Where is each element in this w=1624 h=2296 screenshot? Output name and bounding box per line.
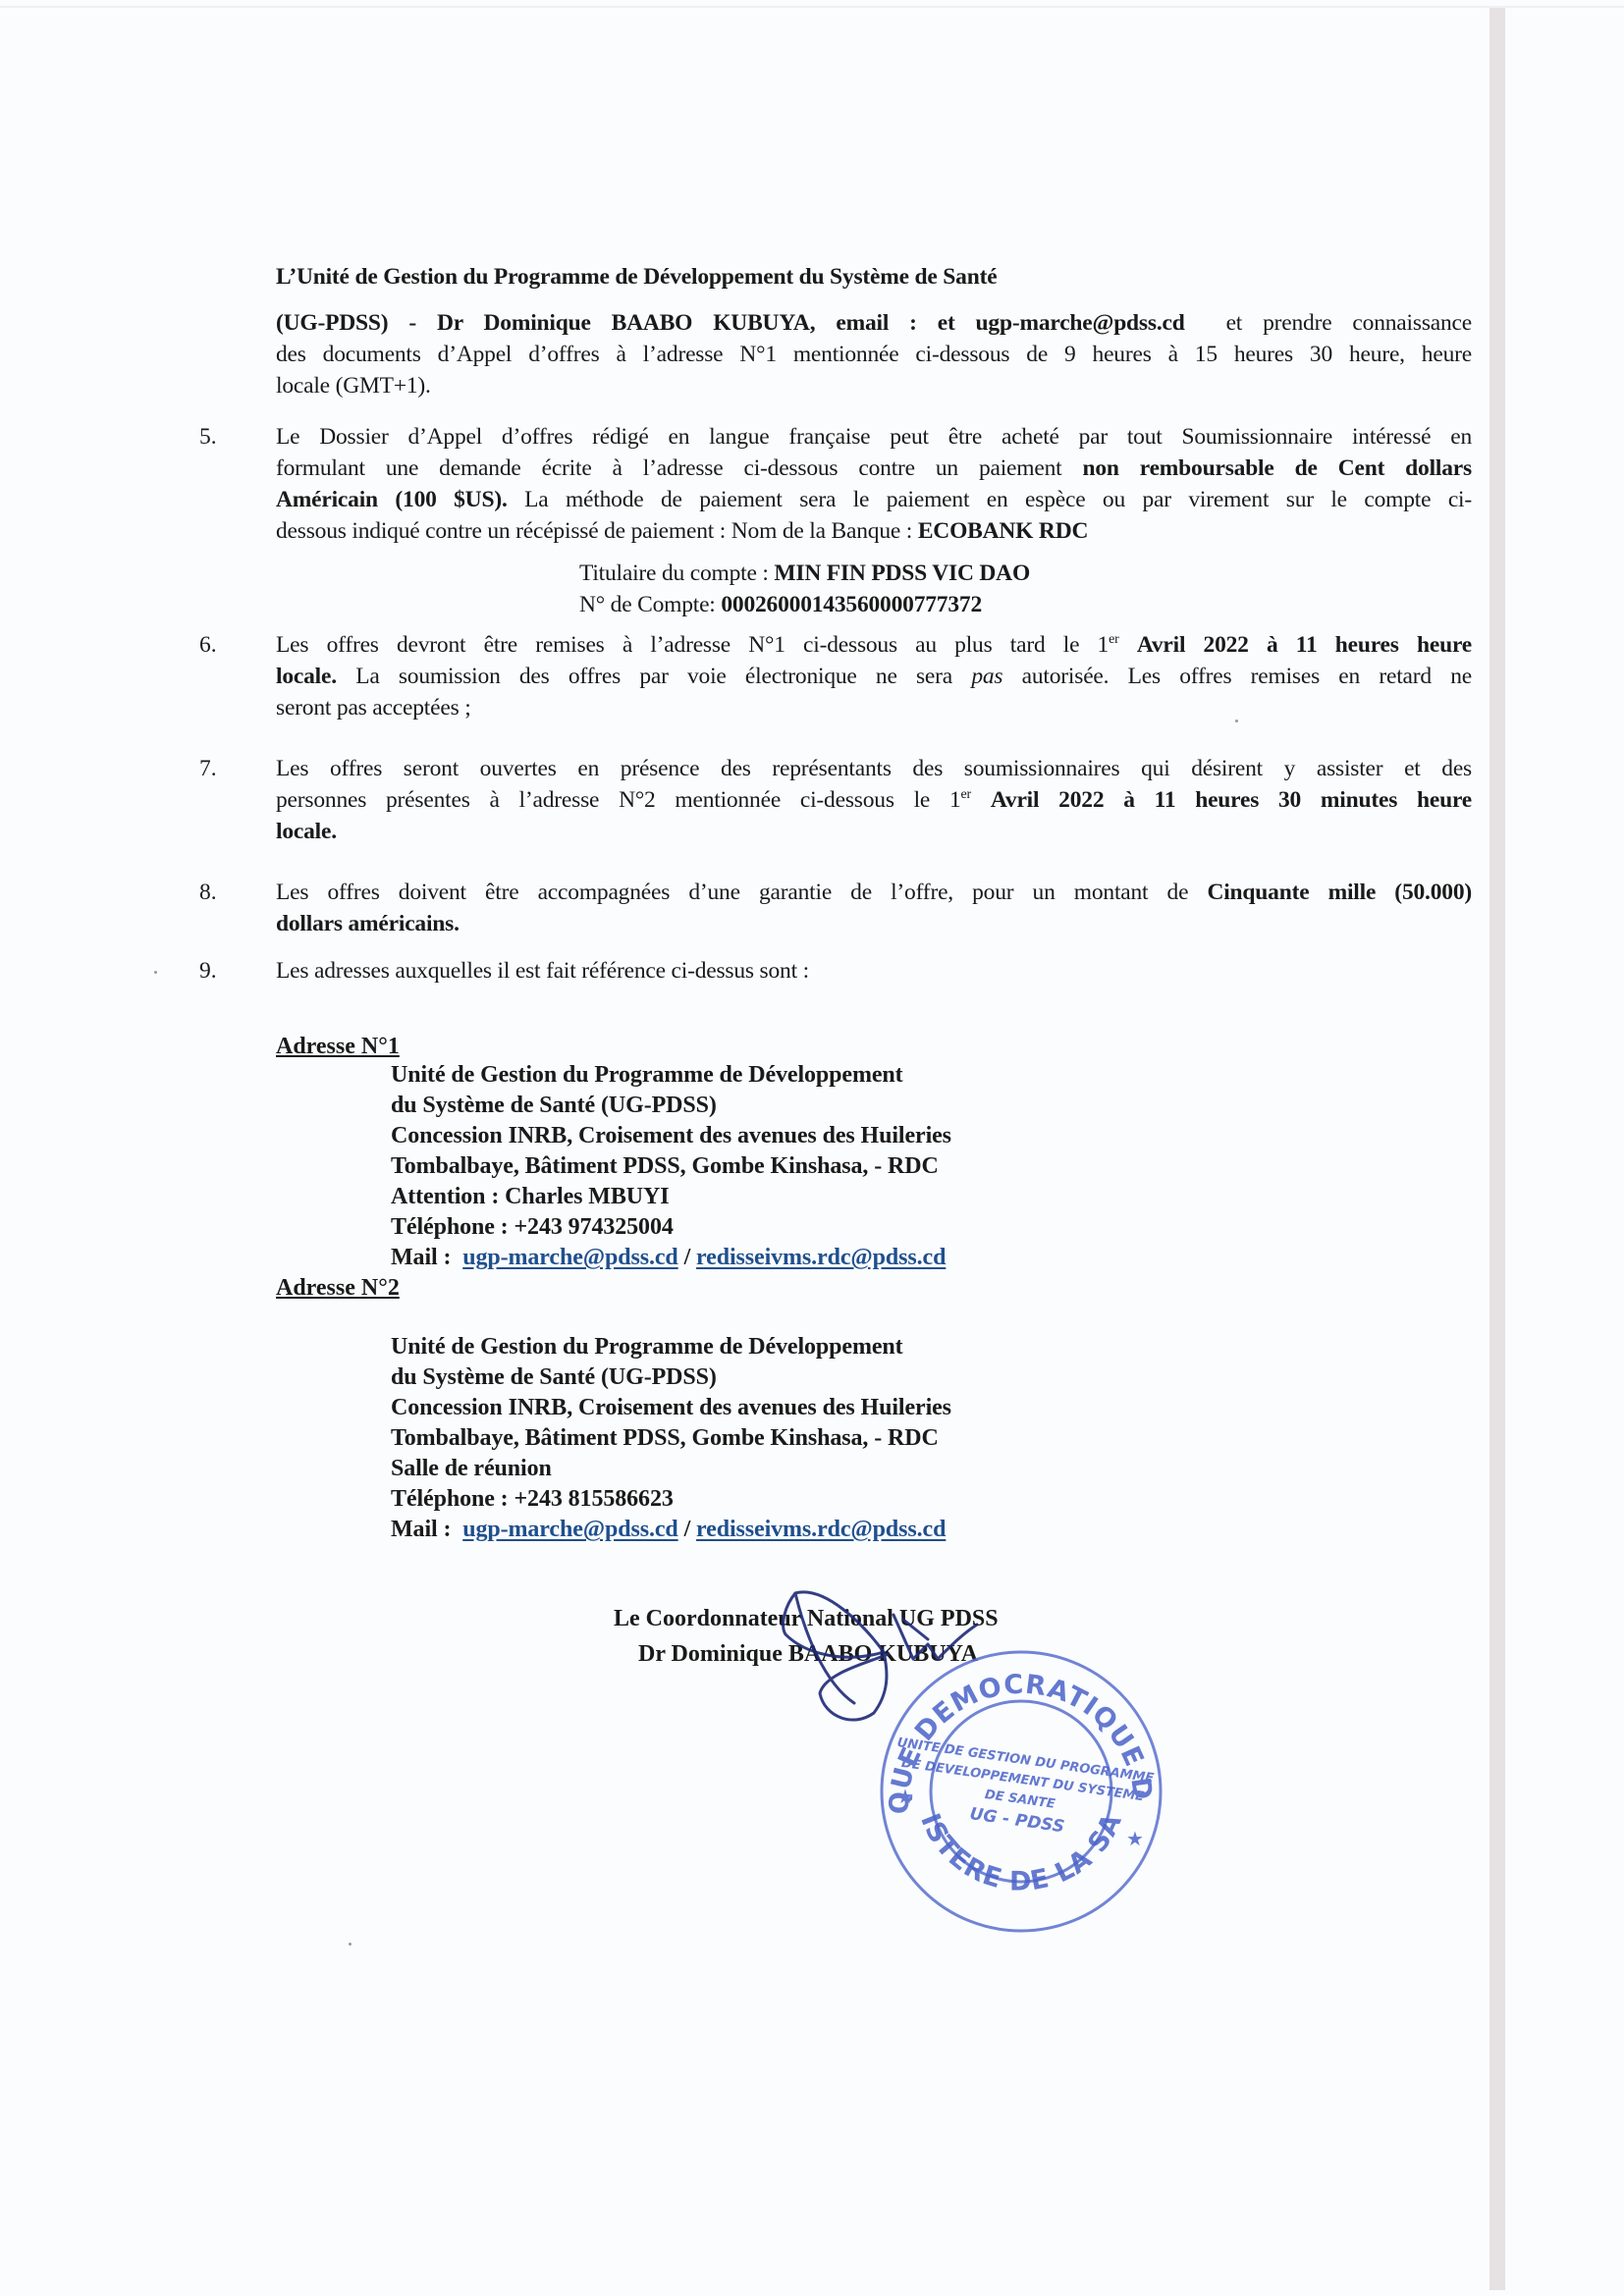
item-8-line-2: dollars américains. [276,908,460,939]
email-link[interactable]: ugp-marche@pdss.cd [462,1517,677,1542]
item-5-line-3: Américain (100 $US). La méthode de paiem… [276,484,1472,515]
item-5-line-4: dessous indiqué contre un récépissé de p… [276,515,1088,547]
address-line: Tombalbaye, Bâtiment PDSS, Gombe Kinshas… [391,1151,939,1182]
item-5-line-2: formulant une demande écrite à l’adresse… [276,453,1472,484]
email-link[interactable]: redisseivms.rdc@pdss.cd [696,1517,946,1542]
item-8-line-1: Les offres doivent être accompagnées d’u… [276,877,1472,908]
item-7-line-2: personnes présentes à l’adresse N°2 ment… [276,784,1472,816]
intro-line-3: des documents d’Appel d’offres à l’adres… [276,339,1472,370]
item-number: 9. [199,955,217,987]
address-line: Salle de réunion [391,1454,552,1484]
item-number: 7. [199,753,217,784]
intro-line-2: (UG-PDSS) - Dr Dominique BAABO KUBUYA, e… [276,307,1472,339]
scan-edge-strip [1489,8,1505,2290]
handwritten-signature-icon [766,1566,1080,1752]
item-7-line-1: Les offres seront ouvertes en présence d… [276,753,1472,784]
item-6-line-1: Les offres devront être remises à l’adre… [276,629,1472,661]
address-line: Concession INRB, Croisement des avenues … [391,1121,951,1151]
item-number: 6. [199,629,217,661]
email-link[interactable]: redisseivms.rdc@pdss.cd [696,1245,946,1270]
item-number: 5. [199,421,217,453]
address-mail: Mail : ugp-marche@pdss.cd / redisseivms.… [391,1515,946,1545]
address-phone: Téléphone : +243 815586623 [391,1484,674,1515]
account-holder: Titulaire du compte : MIN FIN PDSS VIC D… [579,558,1030,589]
address-heading: Adresse N°2 [276,1273,400,1303]
svg-text:★: ★ [1126,1827,1144,1850]
address-phone: Téléphone : +243 974325004 [391,1212,674,1243]
intro-line-1: L’Unité de Gestion du Programme de Dével… [276,261,997,293]
scan-speck [1235,720,1238,722]
address-line: Attention : Charles MBUYI [391,1182,669,1212]
item-6-line-3: seront pas acceptées ; [276,692,471,723]
account-number: N° de Compte: 00026000143560000777372 [579,589,982,620]
address-line: du Système de Santé (UG-PDSS) [391,1362,717,1393]
address-line: Concession INRB, Croisement des avenues … [391,1393,951,1423]
item-9-line-1: Les adresses auxquelles il est fait réfé… [276,955,809,987]
svg-text:★: ★ [896,1785,914,1808]
item-number: 8. [199,877,217,908]
page-top-edge [0,6,1624,8]
scan-speck [349,1943,352,1946]
email-link[interactable]: ugp-marche@pdss.cd [462,1245,677,1270]
address-line: du Système de Santé (UG-PDSS) [391,1091,717,1121]
address-line: Unité de Gestion du Programme de Dévelop… [391,1060,903,1091]
address-line: Unité de Gestion du Programme de Dévelop… [391,1332,903,1362]
item-7-line-3: locale. [276,816,337,847]
address-heading: Adresse N°1 [276,1032,400,1061]
address-mail: Mail : ugp-marche@pdss.cd / redisseivms.… [391,1243,946,1273]
item-5-line-1: Le Dossier d’Appel d’offres rédigé en la… [276,421,1472,453]
item-6-line-2: locale. La soumission des offres par voi… [276,661,1472,692]
scan-speck [154,971,157,974]
intro-line-4: locale (GMT+1). [276,370,431,401]
address-line: Tombalbaye, Bâtiment PDSS, Gombe Kinshas… [391,1423,939,1454]
